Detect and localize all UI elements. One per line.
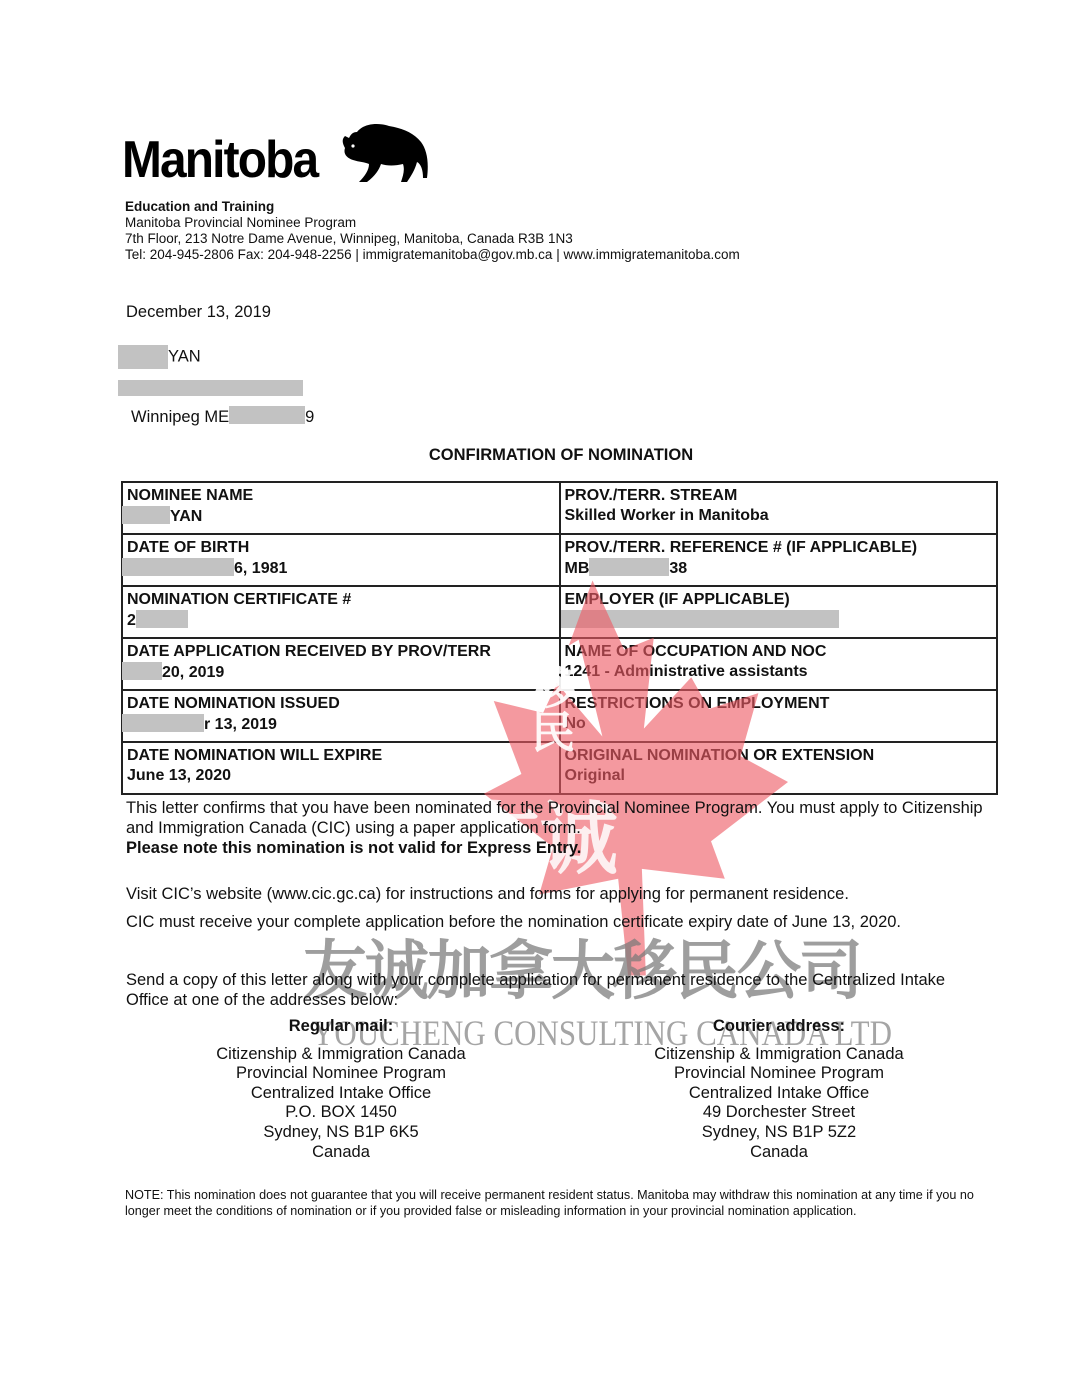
table-cell: RESTRICTIONS ON EMPLOYMENTNo	[560, 690, 998, 742]
field-label: ORIGINAL NOMINATION OR EXTENSION	[565, 746, 993, 766]
field-label: PROV./TERR. STREAM	[565, 486, 993, 506]
redaction	[561, 610, 839, 628]
confirmation-text: This letter confirms that you have been …	[126, 798, 986, 838]
value-text: 6, 1981	[234, 560, 287, 577]
redaction	[136, 610, 188, 628]
table-cell: EMPLOYER (IF APPLICABLE)	[560, 586, 998, 638]
contact-line: Tel: 204-945-2806 Fax: 204-948-2256 | im…	[125, 247, 740, 263]
field-label: EMPLOYER (IF APPLICABLE)	[565, 590, 993, 610]
value-prefix: MB	[565, 560, 590, 577]
letter-date: December 13, 2019	[126, 303, 271, 322]
value-text: 20, 2019	[162, 664, 224, 681]
address-line: Provincial Nominee Program	[191, 1064, 491, 1084]
express-entry-note: Please note this nomination is not valid…	[126, 838, 986, 858]
field-value: YAN	[127, 506, 555, 527]
table-cell: NOMINEE NAMEYAN	[122, 482, 560, 534]
regular-mail-heading: Regular mail:	[191, 1017, 491, 1037]
address-line: Canada	[629, 1143, 929, 1163]
redaction	[118, 380, 303, 396]
address-line: Sydney, NS B1P 6K5	[191, 1123, 491, 1143]
field-label: NOMINATION CERTIFICATE #	[127, 590, 555, 610]
table-cell: ORIGINAL NOMINATION OR EXTENSIONOriginal	[560, 742, 998, 794]
value-text: Original	[565, 767, 625, 784]
table-cell: DATE APPLICATION RECEIVED BY PROV/TERR20…	[122, 638, 560, 690]
cic-website-paragraph: Visit CIC’s website (www.cic.gc.ca) for …	[126, 884, 986, 904]
address-line: Canada	[191, 1143, 491, 1163]
redaction	[229, 406, 305, 424]
field-label: NOMINEE NAME	[127, 486, 555, 506]
logo-wordmark: Manitoba	[122, 132, 317, 188]
field-label: DATE NOMINATION ISSUED	[127, 694, 555, 714]
address-line: Citizenship & Immigration Canada	[191, 1045, 491, 1065]
address-line: Centralized Intake Office	[191, 1084, 491, 1104]
table-cell: NOMINATION CERTIFICATE #2	[122, 586, 560, 638]
table-row: DATE NOMINATION ISSUEDr 13, 2019RESTRICT…	[122, 690, 997, 742]
redaction	[118, 345, 168, 369]
send-copy-paragraph: Send a copy of this letter along with yo…	[126, 970, 966, 1010]
field-value: June 13, 2020	[127, 766, 555, 786]
field-value: MB38	[565, 558, 993, 579]
field-value: Original	[565, 766, 993, 786]
field-value: 20, 2019	[127, 662, 555, 683]
document-title: CONFIRMATION OF NOMINATION	[0, 446, 1080, 465]
address-line: Sydney, NS B1P 5Z2	[629, 1123, 929, 1143]
address-line: P.O. BOX 1450	[191, 1103, 491, 1123]
value-prefix: 2	[127, 612, 136, 629]
field-label: DATE OF BIRTH	[127, 538, 555, 558]
field-value: Skilled Worker in Manitoba	[565, 506, 993, 526]
address-line: Centralized Intake Office	[629, 1084, 929, 1104]
field-label: RESTRICTIONS ON EMPLOYMENT	[565, 694, 993, 714]
bison-icon	[337, 122, 432, 186]
table-cell: PROV./TERR. REFERENCE # (IF APPLICABLE)M…	[560, 534, 998, 586]
field-label: DATE NOMINATION WILL EXPIRE	[127, 746, 555, 766]
field-label: DATE APPLICATION RECEIVED BY PROV/TERR	[127, 642, 555, 662]
confirmation-paragraph: This letter confirms that you have been …	[126, 798, 986, 858]
department-block: Education and Training Manitoba Provinci…	[125, 199, 740, 263]
regular-mail-address: Regular mail: Citizenship & Immigration …	[191, 1017, 491, 1162]
field-value: No	[565, 714, 993, 734]
courier-heading: Courier address:	[629, 1017, 929, 1037]
address-line: 49 Dorchester Street	[629, 1103, 929, 1123]
value-text: June 13, 2020	[127, 767, 231, 784]
city-text: Winnipeg ME	[131, 408, 229, 426]
field-value: 6, 1981	[127, 558, 555, 579]
table-row: DATE OF BIRTH6, 1981PROV./TERR. REFERENC…	[122, 534, 997, 586]
field-value	[565, 610, 993, 631]
address-line: Citizenship & Immigration Canada	[629, 1045, 929, 1065]
redaction	[122, 714, 204, 732]
table-cell: DATE OF BIRTH6, 1981	[122, 534, 560, 586]
field-label: NAME OF OCCUPATION AND NOC	[565, 642, 993, 662]
table-cell: PROV./TERR. STREAMSkilled Worker in Mani…	[560, 482, 998, 534]
redaction	[589, 558, 669, 576]
value-text: r 13, 2019	[204, 716, 277, 733]
value-text: No	[565, 715, 586, 732]
recipient-surname: YAN	[168, 347, 201, 365]
value-text: Skilled Worker in Manitoba	[565, 507, 769, 524]
field-value: 2	[127, 610, 555, 631]
table-cell: DATE NOMINATION ISSUEDr 13, 2019	[122, 690, 560, 742]
footer-note: NOTE: This nomination does not guarantee…	[125, 1187, 995, 1219]
value-text: 1241 - Administrative assistants	[565, 663, 808, 680]
recipient-city: Winnipeg ME9	[131, 406, 314, 427]
courier-address: Courier address: Citizenship & Immigrati…	[629, 1017, 929, 1162]
program-name: Manitoba Provincial Nominee Program	[125, 215, 740, 231]
department-name: Education and Training	[125, 199, 740, 215]
office-address: 7th Floor, 213 Notre Dame Avenue, Winnip…	[125, 231, 740, 247]
nomination-table: NOMINEE NAMEYANPROV./TERR. STREAMSkilled…	[121, 481, 998, 795]
address-line: Provincial Nominee Program	[629, 1064, 929, 1084]
redaction	[122, 662, 162, 680]
field-value: r 13, 2019	[127, 714, 555, 735]
value-text: 38	[669, 560, 687, 577]
redaction	[122, 506, 170, 524]
table-row: NOMINEE NAMEYANPROV./TERR. STREAMSkilled…	[122, 482, 997, 534]
table-cell: DATE NOMINATION WILL EXPIREJune 13, 2020	[122, 742, 560, 794]
table-row: NOMINATION CERTIFICATE #2EMPLOYER (IF AP…	[122, 586, 997, 638]
field-label: PROV./TERR. REFERENCE # (IF APPLICABLE)	[565, 538, 993, 558]
table-cell: NAME OF OCCUPATION AND NOC1241 - Adminis…	[560, 638, 998, 690]
field-value: 1241 - Administrative assistants	[565, 662, 993, 682]
recipient-name: YAN	[118, 345, 201, 369]
recipient-street	[118, 380, 303, 401]
table-row: DATE NOMINATION WILL EXPIREJune 13, 2020…	[122, 742, 997, 794]
postal-suffix: 9	[305, 408, 314, 426]
expiry-paragraph: CIC must receive your complete applicati…	[126, 912, 976, 932]
table-row: DATE APPLICATION RECEIVED BY PROV/TERR20…	[122, 638, 997, 690]
value-text: YAN	[170, 508, 202, 525]
redaction	[122, 558, 234, 576]
